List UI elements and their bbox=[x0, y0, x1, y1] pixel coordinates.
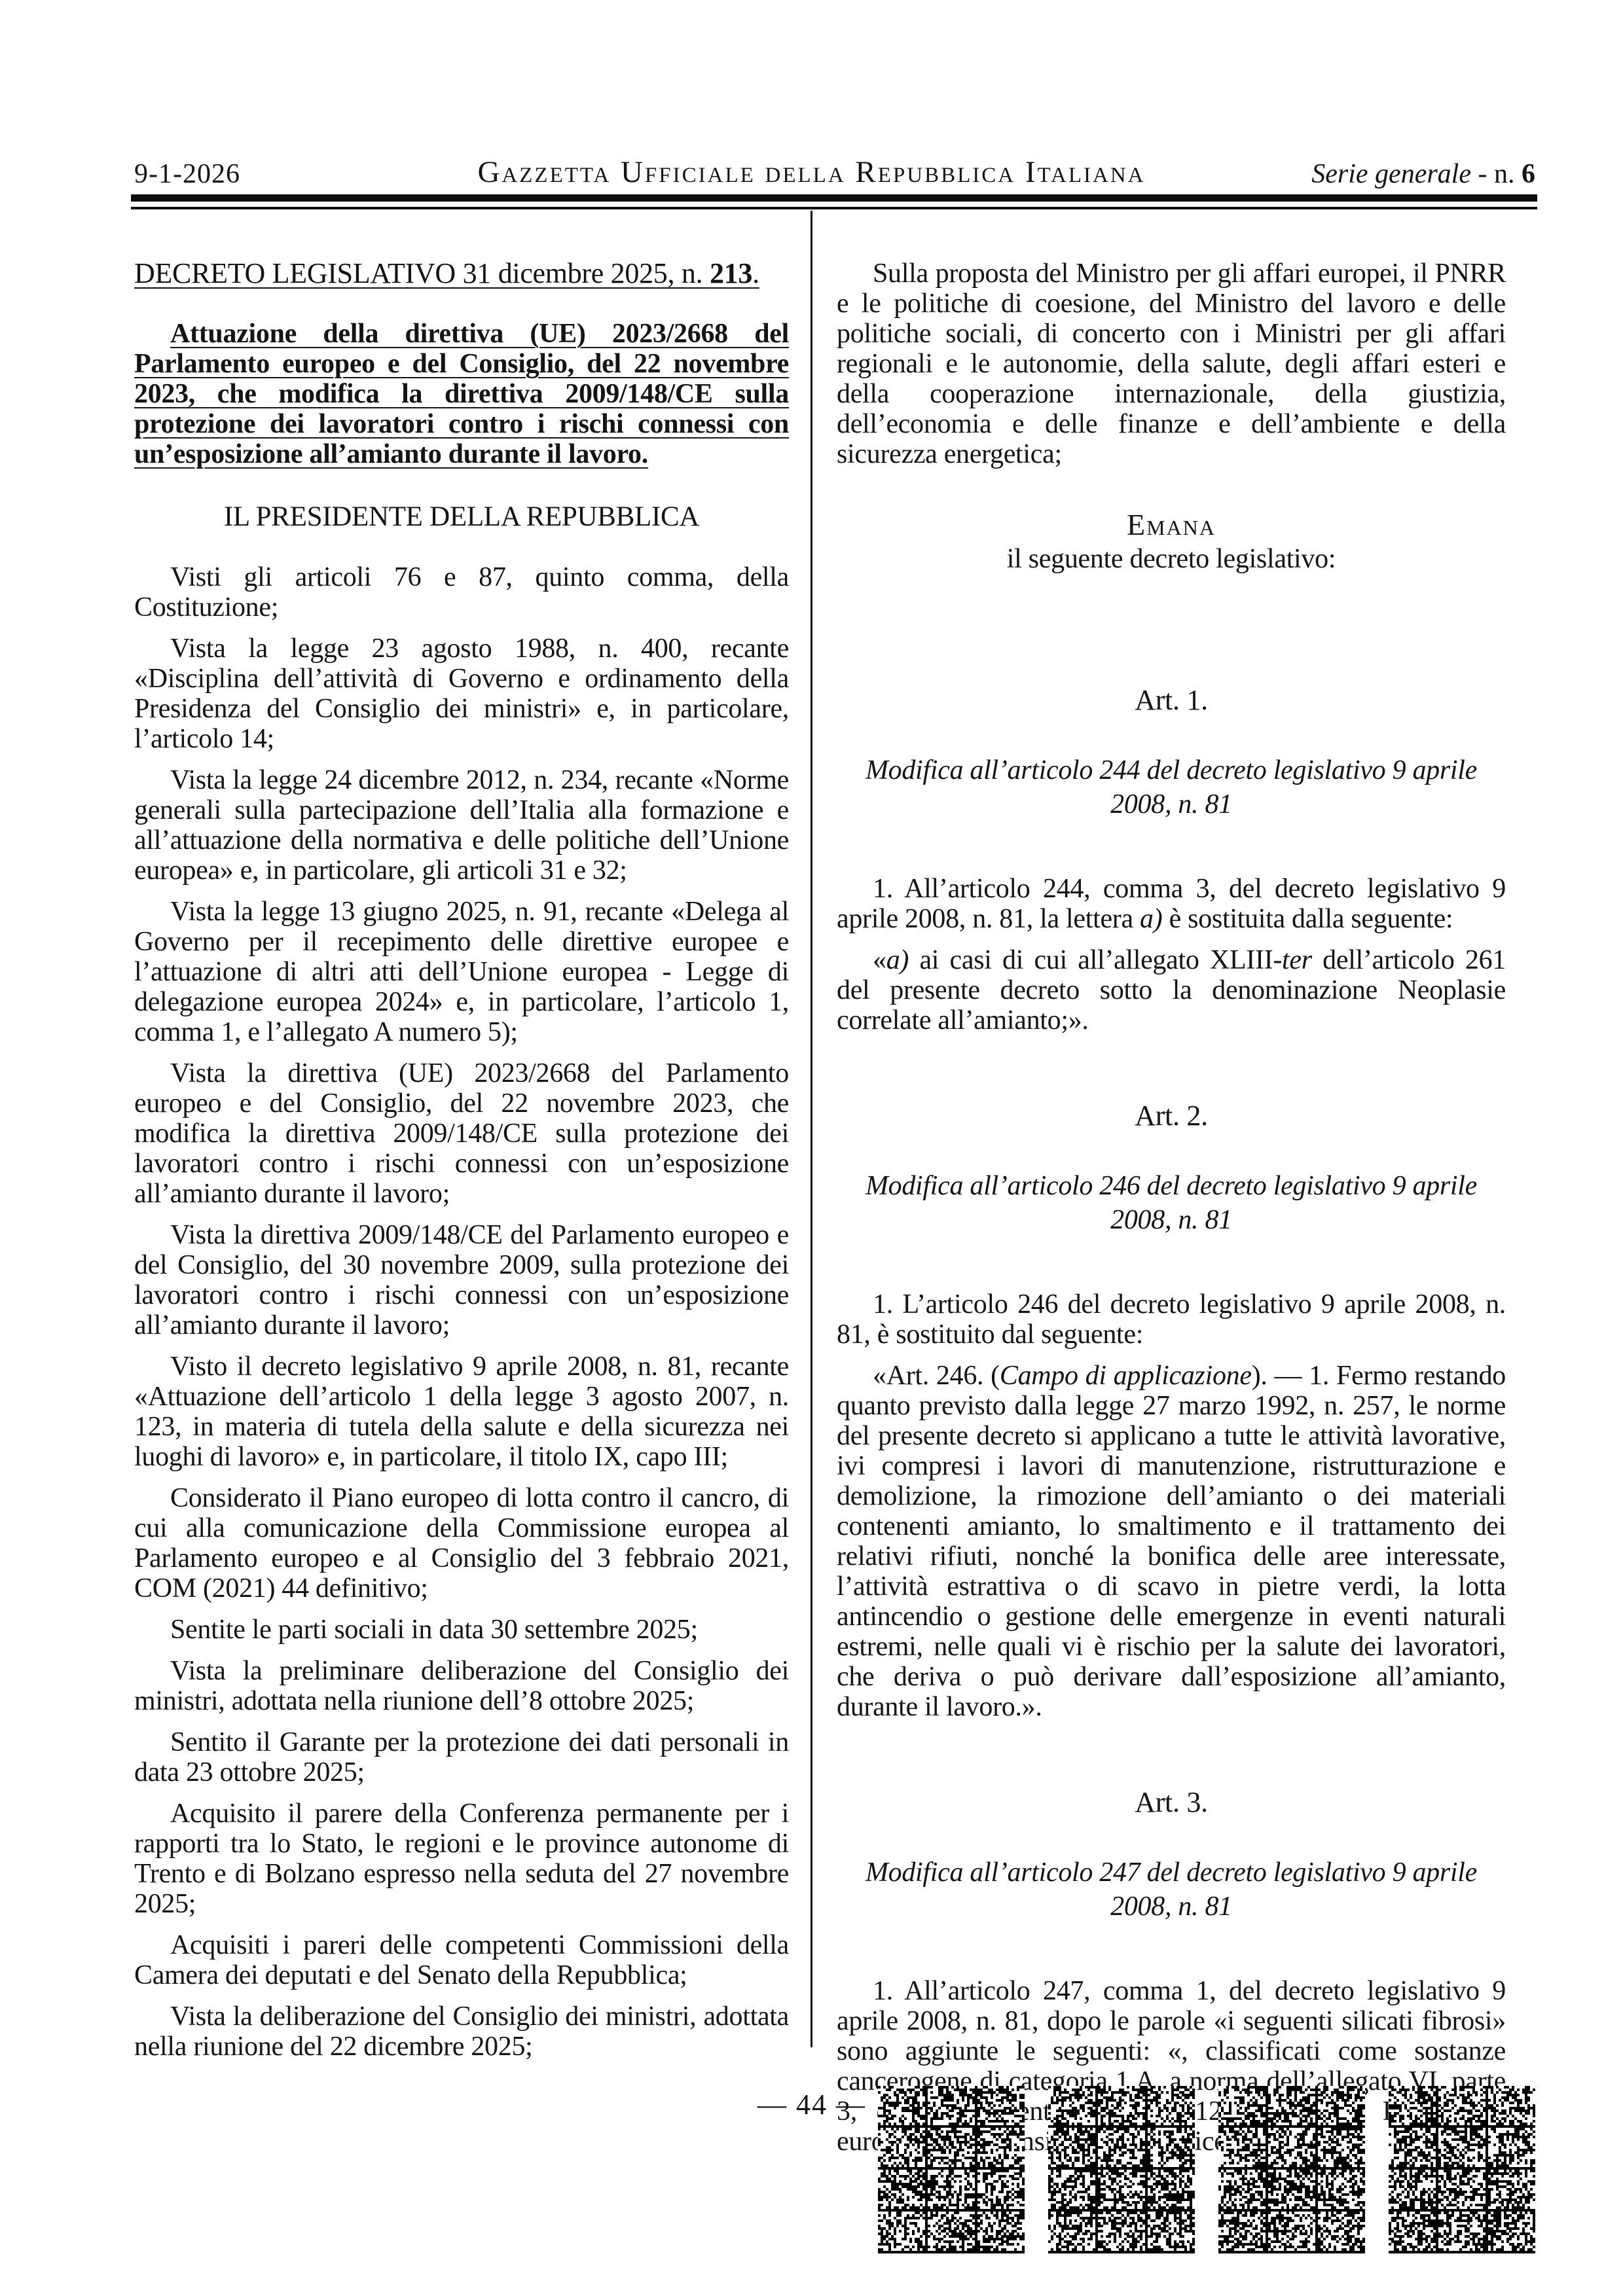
recital-paragraph: Visti gli articoli 76 e 87, quinto comma… bbox=[134, 562, 789, 622]
recital-paragraph: Vista la deliberazione del Consiglio dei… bbox=[134, 2001, 789, 2062]
article-1-heading: Art. 1. bbox=[837, 685, 1506, 715]
recital-paragraph: Vista la legge 23 agosto 1988, n. 400, r… bbox=[134, 634, 789, 754]
barcode-block bbox=[1048, 2086, 1195, 2253]
article-1-subtitle: Modifica all’articolo 244 del decreto le… bbox=[863, 753, 1480, 821]
barcode-strip bbox=[878, 2086, 1535, 2253]
recital-paragraph: Acquisiti i pareri delle competenti Comm… bbox=[134, 1930, 789, 1990]
president-heading: IL PRESIDENTE DELLA REPUBBLICA bbox=[134, 502, 789, 532]
column-divider bbox=[811, 211, 812, 2047]
article-2-subtitle: Modifica all’articolo 246 del decreto le… bbox=[863, 1169, 1480, 1237]
header-rule-thick bbox=[131, 194, 1537, 202]
recital-paragraph: Vista la direttiva 2009/148/CE del Parla… bbox=[134, 1220, 789, 1340]
recital-paragraph: Vista la legge 24 dicembre 2012, n. 234,… bbox=[134, 765, 789, 886]
article-3-heading: Art. 3. bbox=[837, 1787, 1506, 1818]
recital-paragraph: Visto il decreto legislativo 9 aprile 20… bbox=[134, 1352, 789, 1472]
barcode-block bbox=[878, 2086, 1025, 2253]
emana-subheading: il seguente decreto legislativo: bbox=[837, 544, 1506, 574]
gazette-page: 9-1-2026 Gazzetta Ufficiale della Repubb… bbox=[0, 0, 1623, 2296]
article-1-paragraph: «a) ai casi di cui all’allegato XLIII-te… bbox=[837, 945, 1506, 1035]
decree-summary: Attuazione della direttiva (UE) 2023/266… bbox=[134, 319, 789, 469]
barcode-block bbox=[1218, 2086, 1365, 2253]
recital-paragraph: Vista la preliminare deliberazione del C… bbox=[134, 1656, 789, 1716]
emana-heading: Emana bbox=[837, 510, 1506, 540]
article-2-heading: Art. 2. bbox=[837, 1101, 1506, 1131]
recital-paragraph: Considerato il Piano europeo di lotta co… bbox=[134, 1483, 789, 1604]
proposal-paragraph: Sulla proposta del Ministro per gli affa… bbox=[837, 259, 1506, 469]
recital-paragraph: Acquisito il parere della Conferenza per… bbox=[134, 1799, 789, 1919]
barcode-block bbox=[1389, 2086, 1535, 2253]
recital-paragraph: Vista la direttiva (UE) 2023/2668 del Pa… bbox=[134, 1058, 789, 1209]
article-2-paragraph: 1. L’articolo 246 del decreto legislativ… bbox=[837, 1289, 1506, 1350]
header-series: Serie generale - n. 6 bbox=[1311, 158, 1535, 190]
right-column: Sulla proposta del Ministro per gli affa… bbox=[837, 259, 1506, 2168]
left-column: DECRETO LEGISLATIVO 31 dicembre 2025, n.… bbox=[134, 259, 789, 2073]
page-number: — 44 — bbox=[757, 2088, 866, 2121]
header-title: Gazzetta Ufficiale della Repubblica Ital… bbox=[477, 154, 1145, 190]
recital-paragraph: Sentito il Garante per la protezione dei… bbox=[134, 1727, 789, 1787]
article-2-paragraph: «Art. 246. (Campo di applicazione). — 1.… bbox=[837, 1361, 1506, 1722]
article-1-paragraph: 1. All’articolo 244, comma 3, del decret… bbox=[837, 874, 1506, 934]
decree-title: DECRETO LEGISLATIVO 31 dicembre 2025, n.… bbox=[134, 259, 789, 289]
recital-paragraph: Sentite le parti sociali in data 30 sett… bbox=[134, 1615, 789, 1645]
recital-paragraph: Vista la legge 13 giugno 2025, n. 91, re… bbox=[134, 897, 789, 1047]
header-date: 9-1-2026 bbox=[134, 158, 240, 190]
article-3-subtitle: Modifica all’articolo 247 del decreto le… bbox=[863, 1856, 1480, 1924]
header-rule-thin bbox=[131, 207, 1537, 209]
